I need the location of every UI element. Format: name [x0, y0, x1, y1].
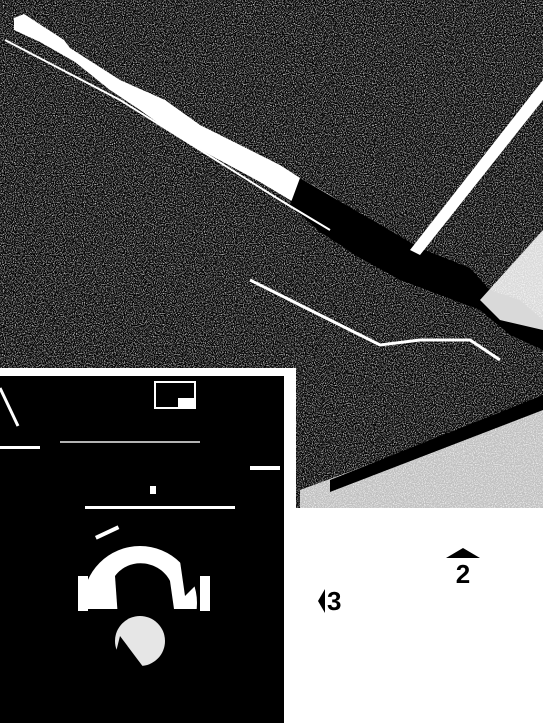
- up-arrow-icon: [446, 548, 480, 558]
- figure-3-number: 3: [327, 588, 341, 614]
- figure-2-label: 2: [446, 548, 480, 587]
- figure-3-label: 3: [318, 588, 341, 614]
- left-arrow-icon: [318, 589, 325, 613]
- figure-2-number: 2: [456, 559, 470, 589]
- figure-3-photo: [0, 376, 284, 723]
- hatch-image: [0, 376, 284, 723]
